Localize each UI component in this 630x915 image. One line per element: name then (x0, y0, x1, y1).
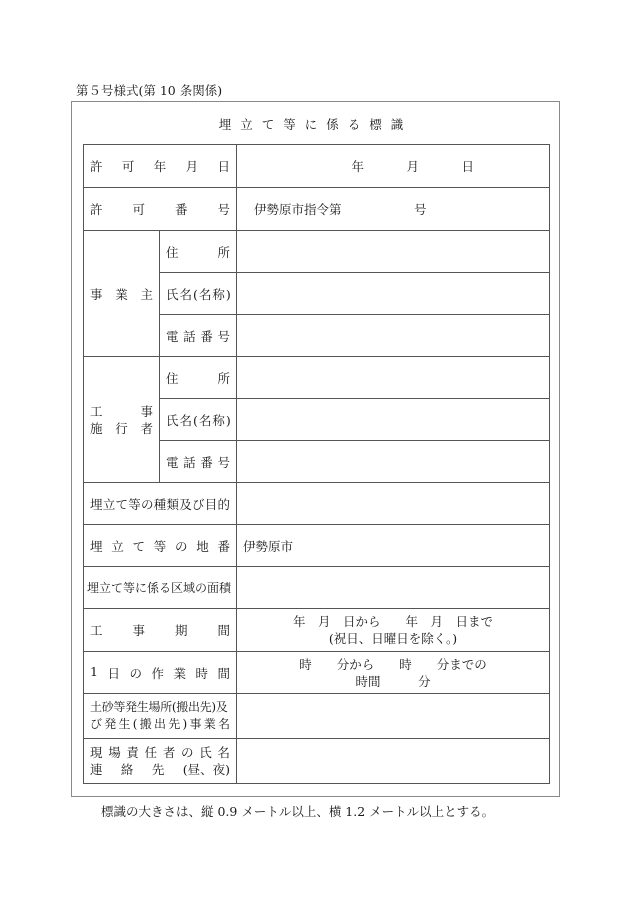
label-char: 号 (218, 200, 231, 218)
label-char: 番 (200, 453, 213, 471)
label-char: 電 (166, 327, 179, 345)
row-permit-number: 許 可 番 号 伊勢原市指令第号 (84, 188, 550, 231)
label-char: 者 (163, 744, 176, 761)
label-char: 埋 (90, 495, 103, 513)
label-char: 現 (90, 744, 103, 761)
label-char: 時 (195, 664, 208, 682)
label-char: 作 (151, 664, 164, 682)
label-char: 番 (175, 200, 188, 218)
label-char: 番 (200, 327, 213, 345)
label-char: 発 (104, 716, 116, 733)
label-char: 目 (205, 495, 218, 513)
label-site-manager: 現 場 責 任 者 の 氏 名 連 絡 先 (昼、夜) (84, 739, 237, 784)
label-text: 氏名(名称) (166, 413, 232, 428)
label-contractor-name: 氏名(名称) (160, 399, 237, 441)
label-char: 許 (90, 200, 103, 218)
label-char: 任 (145, 744, 158, 761)
label-permit-date: 許 可 年 月 日 (84, 145, 237, 188)
area-field[interactable] (237, 567, 550, 609)
label-char: 日 (218, 157, 231, 175)
operator-address-field[interactable] (237, 231, 550, 273)
label-char: の (141, 495, 154, 513)
label-type-purpose: 埋 立 て 等 の 種 類 及 び 目 的 (84, 483, 237, 525)
label-char: 許 (90, 157, 103, 175)
label-char: 先 (152, 761, 165, 778)
label-char: 事 (90, 285, 103, 303)
label-operator-phone: 電 話 番 号 (160, 315, 237, 357)
label-char: 電 (166, 453, 179, 471)
label-char: 業 (204, 716, 216, 733)
label-char: び (90, 716, 102, 733)
daily-hours-field[interactable]: 時 分から 時 分までの 時間 分 (237, 652, 550, 694)
sign-table: 許 可 年 月 日 年 月 日 許 可 番 号 伊勢原市指令第 (83, 144, 550, 784)
label-char: 主 (140, 285, 153, 303)
lot-number-field[interactable]: 伊勢原市 (237, 525, 550, 567)
label-char: 話 (183, 327, 196, 345)
label-operator-group: 事 業 主 (84, 231, 160, 357)
row-type-purpose: 埋 立 て 等 の 種 類 及 び 目 的 (84, 483, 550, 525)
lot-number-value: 伊勢原市 (243, 539, 293, 554)
label-char: 間 (218, 621, 231, 639)
label-char: 搬 (140, 716, 152, 733)
label-char: び (192, 495, 205, 513)
permit-number-suffix: 号 (414, 200, 427, 218)
row-permit-date: 許 可 年 月 日 年 月 日 (84, 145, 550, 188)
label-char: て (133, 537, 146, 555)
label-char: 立 (111, 537, 124, 555)
row-daily-hours: 1 日 の 作 業 時 間 時 分から 時 分までの 時間 分 (84, 652, 550, 694)
contractor-name-field[interactable] (237, 399, 550, 441)
label-char: の (175, 537, 188, 555)
row-soil-source: 土砂等発生場所(搬出先)及 び 発 生 ( 搬 出 先 ) 事 業 名 (84, 694, 550, 739)
label-char: 可 (133, 200, 146, 218)
period-note-text: (祝日、日曜日を除く。) (243, 630, 543, 647)
sign-title: 埋立て等に係る標識 (71, 115, 560, 133)
label-char: 等 (128, 495, 141, 513)
year-unit: 年 (312, 157, 364, 175)
label-char: 立 (103, 495, 116, 513)
label-char: 間 (217, 664, 230, 682)
label-char: 1 (90, 664, 98, 682)
label-text: 埋立て等に係る区域の面積 (87, 581, 231, 595)
label-operator-address: 住 所 (160, 231, 237, 273)
row-contractor-address: 工 事 施 行 者 住 所 (84, 357, 550, 399)
label-lot-number: 埋 立 て 等 の 地 番 (84, 525, 237, 567)
label-char: 連 (90, 761, 103, 778)
size-footnote: 標識の大きさは、縦 0.9 メートル以上、横 1.2 メートル以上とする。 (101, 802, 494, 820)
row-area: 埋立て等に係る区域の面積 (84, 567, 550, 609)
label-char: 業 (173, 664, 186, 682)
label-text: 氏名(名称) (166, 287, 232, 302)
month-unit: 月 (364, 157, 419, 175)
label-char: 先 (168, 716, 180, 733)
label-contractor-phone: 電 話 番 号 (160, 441, 237, 483)
label-char: 可 (122, 157, 135, 175)
operator-phone-field[interactable] (237, 315, 550, 357)
label-char: 名 (217, 744, 230, 761)
row-construction-period: 工 事 期 間 年 月 日から 年 月 日まで (祝日、日曜日を除く。) (84, 609, 550, 652)
label-char: 出 (154, 716, 166, 733)
type-purpose-field[interactable] (237, 483, 550, 525)
day-unit: 日 (419, 157, 474, 175)
soil-source-field[interactable] (237, 694, 550, 739)
label-char: ) (183, 716, 188, 733)
label-char: の (129, 664, 142, 682)
label-soil-source: 土砂等発生場所(搬出先)及 び 発 生 ( 搬 出 先 ) 事 業 名 (84, 694, 237, 739)
label-char: 工 (90, 621, 103, 639)
hours-range-text: 時 分から 時 分までの (243, 656, 543, 673)
label-char: 責 (126, 744, 139, 761)
label-char: 及 (179, 495, 192, 513)
label-char: 種 (154, 495, 167, 513)
label-contractor-address: 住 所 (160, 357, 237, 399)
label-char: 号 (217, 453, 230, 471)
permit-date-field[interactable]: 年 月 日 (237, 145, 550, 188)
label-char: 事 (140, 403, 153, 420)
row-operator-address: 事 業 主 住 所 (84, 231, 550, 273)
operator-name-field[interactable] (237, 273, 550, 315)
construction-period-field[interactable]: 年 月 日から 年 月 日まで (祝日、日曜日を除く。) (237, 609, 550, 652)
row-site-manager: 現 場 責 任 者 の 氏 名 連 絡 先 (昼、夜) (84, 739, 550, 784)
label-text: 土砂等発生場所(搬出先)及 (90, 699, 230, 716)
period-range-text: 年 月 日から 年 月 日まで (243, 613, 543, 630)
label-char: 業 (115, 285, 128, 303)
label-char: 号 (217, 327, 230, 345)
label-char: (昼、夜) (183, 761, 230, 778)
contractor-address-field[interactable] (237, 357, 550, 399)
label-char: 月 (186, 157, 199, 175)
label-char: 住 (166, 243, 179, 261)
label-char: 話 (183, 453, 196, 471)
contractor-phone-field[interactable] (237, 441, 550, 483)
label-permit-number: 許 可 番 号 (84, 188, 237, 231)
label-char: 生 (119, 716, 131, 733)
label-char: 氏 (199, 744, 212, 761)
site-manager-field[interactable] (237, 739, 550, 784)
label-char: 絡 (121, 761, 134, 778)
label-operator-name: 氏名(名称) (160, 273, 237, 315)
label-char: の (181, 744, 194, 761)
label-char: 住 (166, 369, 179, 387)
label-char: 場 (108, 744, 121, 761)
label-char: 期 (175, 621, 188, 639)
label-construction-period: 工 事 期 間 (84, 609, 237, 652)
label-char: 名 (218, 716, 230, 733)
label-char: 地 (196, 537, 209, 555)
hours-total-text: 時間 分 (243, 673, 543, 690)
label-char: 工 (90, 403, 103, 420)
label-char: 的 (218, 495, 231, 513)
row-lot-number: 埋 立 て 等 の 地 番 伊勢原市 (84, 525, 550, 567)
label-contractor-group: 工 事 施 行 者 (84, 357, 160, 483)
label-char: 所 (218, 369, 231, 387)
label-area: 埋立て等に係る区域の面積 (84, 567, 237, 609)
label-char: 行 (115, 420, 128, 437)
permit-number-prefix: 伊勢原市指令第 (243, 200, 414, 218)
label-char: 番 (218, 537, 231, 555)
label-char: 所 (218, 243, 231, 261)
label-char: 等 (154, 537, 167, 555)
label-daily-hours: 1 日 の 作 業 時 間 (84, 652, 237, 694)
label-char: 者 (140, 420, 153, 437)
label-char: 年 (154, 157, 167, 175)
permit-number-field[interactable]: 伊勢原市指令第号 (237, 188, 550, 231)
label-char: 埋 (90, 537, 103, 555)
label-char: 施 (90, 420, 103, 437)
label-char: ( (133, 716, 138, 733)
label-char: て (116, 495, 129, 513)
form-caption: 第５号様式(第 10 条関係) (76, 81, 222, 99)
label-char: 事 (133, 621, 146, 639)
label-char: 類 (167, 495, 180, 513)
label-char: 日 (107, 664, 120, 682)
label-char: 事 (189, 716, 201, 733)
